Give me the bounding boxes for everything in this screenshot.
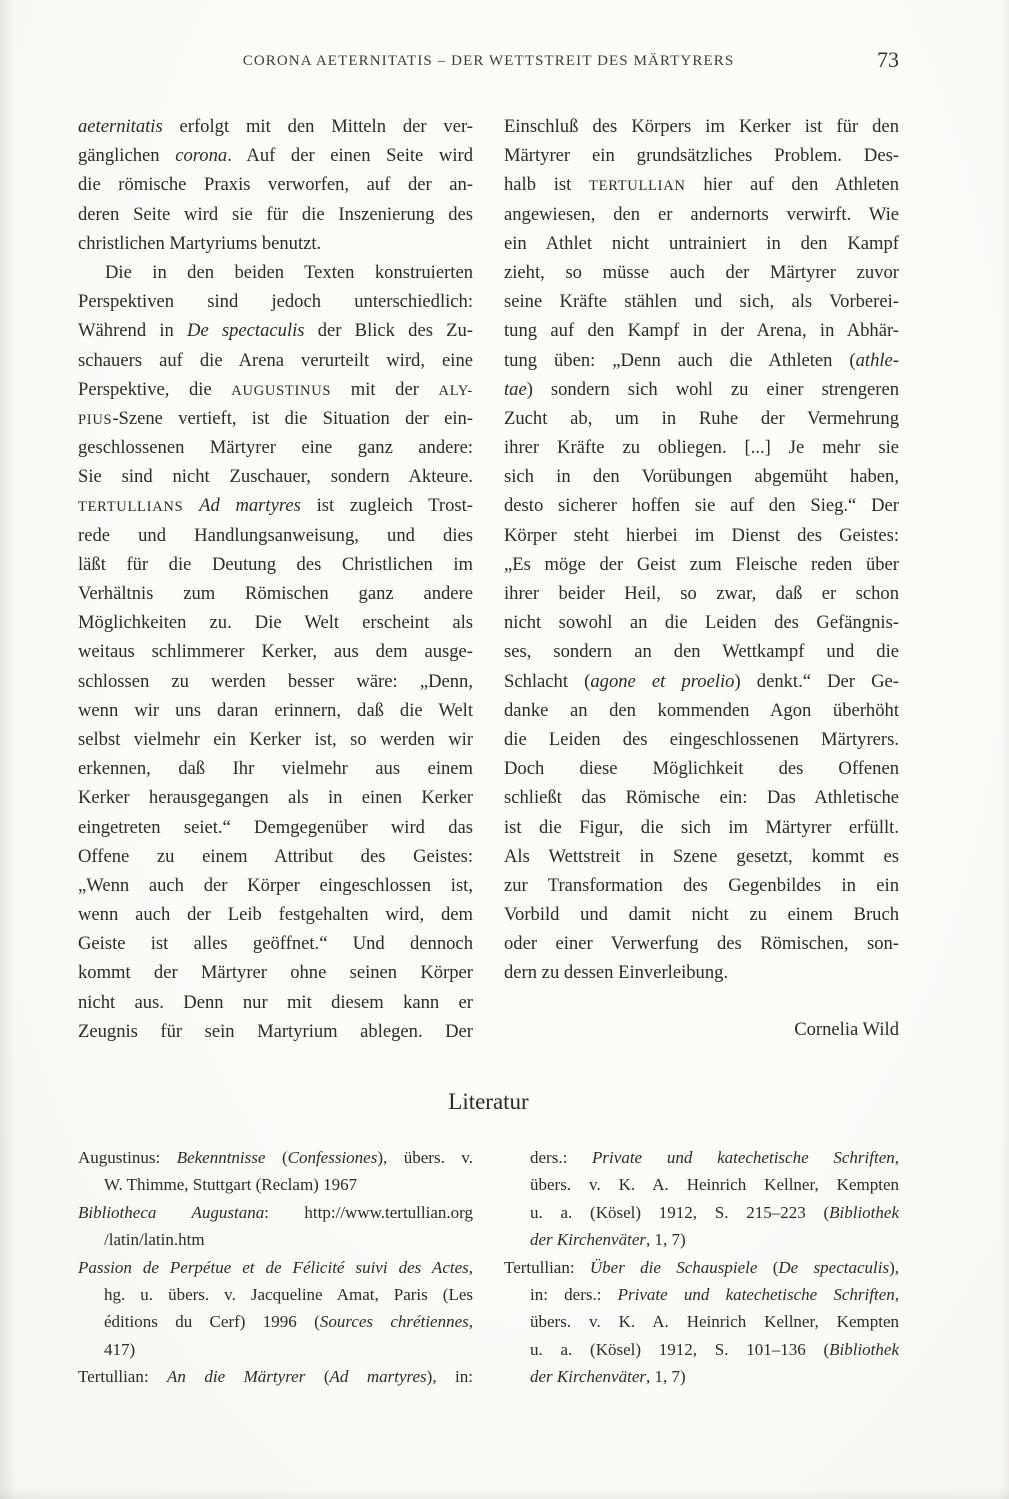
text-line: Schlacht (agone et proelio) denkt.“ Der … — [504, 667, 899, 696]
text-line: Perspektiven sind jedoch unterschiedlich… — [78, 287, 473, 316]
text-line: Zucht ab, um in Ruhe der Vermehrung — [504, 404, 899, 433]
text-line: angewiesen, den er andernorts verwirft. … — [504, 200, 899, 229]
text-line: zieht, so müsse auch der Märtyrer zuvor — [504, 258, 899, 287]
text-line: Geiste ist alles geöffnet.“ Und dennoch — [78, 929, 473, 958]
text-line: wenn wir uns daran erinnern, daß die Wel… — [78, 696, 473, 725]
text-line: u. a. (Kösel) 1912, S. 215–223 (Biblioth… — [504, 1199, 899, 1226]
body-text: aeternitatis erfolgt mit den Mitteln der… — [78, 112, 899, 1046]
text-line: Als Wettstreit in Szene gesetzt, kommt e… — [504, 842, 899, 871]
text-line: „Wenn auch der Körper eingeschlossen ist… — [78, 871, 473, 900]
text-line: éditions du Cerf) 1996 (Sources chrétien… — [78, 1308, 473, 1335]
text-line: halb ist TERTULLIAN hier auf den Athlete… — [504, 170, 899, 199]
text-line: die römische Praxis verworfen, auf der a… — [78, 170, 473, 199]
text-line: läßt für die Deutung des Christlichen im — [78, 550, 473, 579]
text-line: PIUS-Szene vertieft, ist die Situation d… — [78, 404, 473, 433]
text-line: „Es möge der Geist zum Fleische reden üb… — [504, 550, 899, 579]
text-line: wenn auch der Leib festgehalten wird, de… — [78, 900, 473, 929]
text-line: Tertullian: Über die Schauspiele (De spe… — [504, 1254, 899, 1281]
text-line: kommt der Märtyrer ohne seinen Körper — [78, 958, 473, 987]
text-line: Augustinus: Bekenntnisse (Confessiones),… — [78, 1144, 473, 1171]
bibliography-column-left: Augustinus: Bekenntnisse (Confessiones),… — [78, 1144, 473, 1391]
text-line: selbst vielmehr ein Kerker ist, so werde… — [78, 725, 473, 754]
scan-edge-shadow-left — [0, 0, 16, 1499]
text-line: u. a. (Kösel) 1912, S. 101–136 (Biblioth… — [504, 1336, 899, 1363]
bibliography-column-right: ders.: Private und katechetische Schrift… — [504, 1144, 899, 1391]
text-line: TERTULLIANS Ad martyres ist zugleich Tro… — [78, 491, 473, 520]
text-line: ses, sondern an den Wettkampf und die — [504, 637, 899, 666]
text-line: desto sicherer hoffen sie auf den Sieg.“… — [504, 491, 899, 520]
page-number: 73 — [78, 47, 899, 73]
literatur-section-heading: Literatur — [78, 1089, 899, 1115]
text-line: Passion de Perpétue et de Félicité suivi… — [78, 1254, 473, 1281]
text-line: in: ders.: Private und katechetische Sch… — [504, 1281, 899, 1308]
text-line: tae) sondern sich wohl zu einer strenger… — [504, 375, 899, 404]
book-page-scan: CORONA AETERNITATIS – DER WETTSTREIT DES… — [0, 0, 1009, 1499]
scan-edge-shadow-bottom — [0, 1487, 1009, 1499]
text-line: eingetreten seiet.“ Demgegenüber wird da… — [78, 813, 473, 842]
text-line: ihrer beider Heil, so zwar, daß er schon — [504, 579, 899, 608]
text-line: geschlossenen Märtyrer eine ganz andere: — [78, 433, 473, 462]
text-line: /latin/latin.htm — [78, 1226, 473, 1253]
text-line: aeternitatis erfolgt mit den Mitteln der… — [78, 112, 473, 141]
text-line: erkennen, daß Ihr vielmehr aus einem — [78, 754, 473, 783]
text-line: nicht sowohl an die Leiden des Gefängnis… — [504, 608, 899, 637]
text-line: Tertullian: An die Märtyrer (Ad martyres… — [78, 1363, 473, 1390]
text-line: Kerker herausgegangen als in einen Kerke… — [78, 783, 473, 812]
text-line: dern zu dessen Einverleibung. — [504, 958, 899, 987]
text-line: zur Transformation des Gegenbildes in ei… — [504, 871, 899, 900]
text-line: die Leiden des eingeschlossenen Märtyrer… — [504, 725, 899, 754]
text-line: deren Seite wird sie für die Inszenierun… — [78, 200, 473, 229]
text-line: übers. v. K. A. Heinrich Kellner, Kempte… — [504, 1308, 899, 1335]
text-line: oder einer Verwerfung des Römischen, son… — [504, 929, 899, 958]
text-line: ein Athlet nicht untrainiert in den Kamp… — [504, 229, 899, 258]
text-line: Zeugnis für sein Martyrium ablegen. Der — [78, 1017, 473, 1046]
text-line: tung auf den Kampf in der Arena, in Abhä… — [504, 316, 899, 345]
text-line: Vorbild und damit nicht zu einem Bruch — [504, 900, 899, 929]
text-line: übers. v. K. A. Heinrich Kellner, Kempte… — [504, 1171, 899, 1198]
text-line: Perspektive, die AUGUSTINUS mit der ALY- — [78, 375, 473, 404]
text-line: W. Thimme, Stuttgart (Reclam) 1967 — [78, 1171, 473, 1198]
text-line: 417) — [78, 1336, 473, 1363]
text-line: Offene zu einem Attribut des Geistes: — [78, 842, 473, 871]
scan-edge-shadow-right — [999, 0, 1009, 1499]
text-line: ders.: Private und katechetische Schrift… — [504, 1144, 899, 1171]
text-line: Sie sind nicht Zuschauer, sondern Akteur… — [78, 462, 473, 491]
body-column-right: Einschluß des Körpers im Kerker ist für … — [504, 112, 899, 1046]
text-line: schließt das Römische ein: Das Athletisc… — [504, 783, 899, 812]
author-signature: Cornelia Wild — [504, 1015, 899, 1044]
text-line: ist die Figur, die sich im Märtyrer erfü… — [504, 813, 899, 842]
text-line: Doch diese Möglichkeit des Offenen — [504, 754, 899, 783]
text-line: nicht aus. Denn nur mit diesem kann er — [78, 988, 473, 1017]
text-line: tung üben: „Denn auch die Athleten (athl… — [504, 346, 899, 375]
text-line: Bibliotheca Augustana: http://www.tertul… — [78, 1199, 473, 1226]
text-line: Die in den beiden Texten konstruierten — [78, 258, 473, 287]
text-line: Während in De spectaculis der Blick des … — [78, 316, 473, 345]
text-line: schauers auf die Arena verurteilt wird, … — [78, 346, 473, 375]
text-line: der Kirchenväter, 1, 7) — [504, 1363, 899, 1390]
text-line: ihrer Kräfte zu obliegen. [...] Je mehr … — [504, 433, 899, 462]
text-line: sich in den Vorübungen abgemüht haben, — [504, 462, 899, 491]
text-line: rede und Handlungsanweisung, und dies — [78, 521, 473, 550]
text-line: danke an den kommenden Agon überhöht — [504, 696, 899, 725]
text-line: Körper steht hierbei im Dienst des Geist… — [504, 521, 899, 550]
text-line: Märtyrer ein grundsätzliches Problem. De… — [504, 141, 899, 170]
body-column-left: aeternitatis erfolgt mit den Mitteln der… — [78, 112, 473, 1046]
text-line: christlichen Martyriums benutzt. — [78, 229, 473, 258]
body-column-right-lines: Einschluß des Körpers im Kerker ist für … — [504, 112, 899, 988]
text-line: hg. u. übers. v. Jacqueline Amat, Paris … — [78, 1281, 473, 1308]
text-line: weitaus schlimmerer Kerker, aus dem ausg… — [78, 637, 473, 666]
text-line: schlossen zu werden besser wäre: „Denn, — [78, 667, 473, 696]
text-line: Möglichkeiten zu. Die Welt erscheint als — [78, 608, 473, 637]
text-line: gänglichen corona. Auf der einen Seite w… — [78, 141, 473, 170]
text-line: seine Kräfte stählen und sich, als Vorbe… — [504, 287, 899, 316]
text-line: Verhältnis zum Römischen ganz andere — [78, 579, 473, 608]
text-line: der Kirchenväter, 1, 7) — [504, 1226, 899, 1253]
text-line: Einschluß des Körpers im Kerker ist für … — [504, 112, 899, 141]
bibliography: Augustinus: Bekenntnisse (Confessiones),… — [78, 1144, 899, 1391]
